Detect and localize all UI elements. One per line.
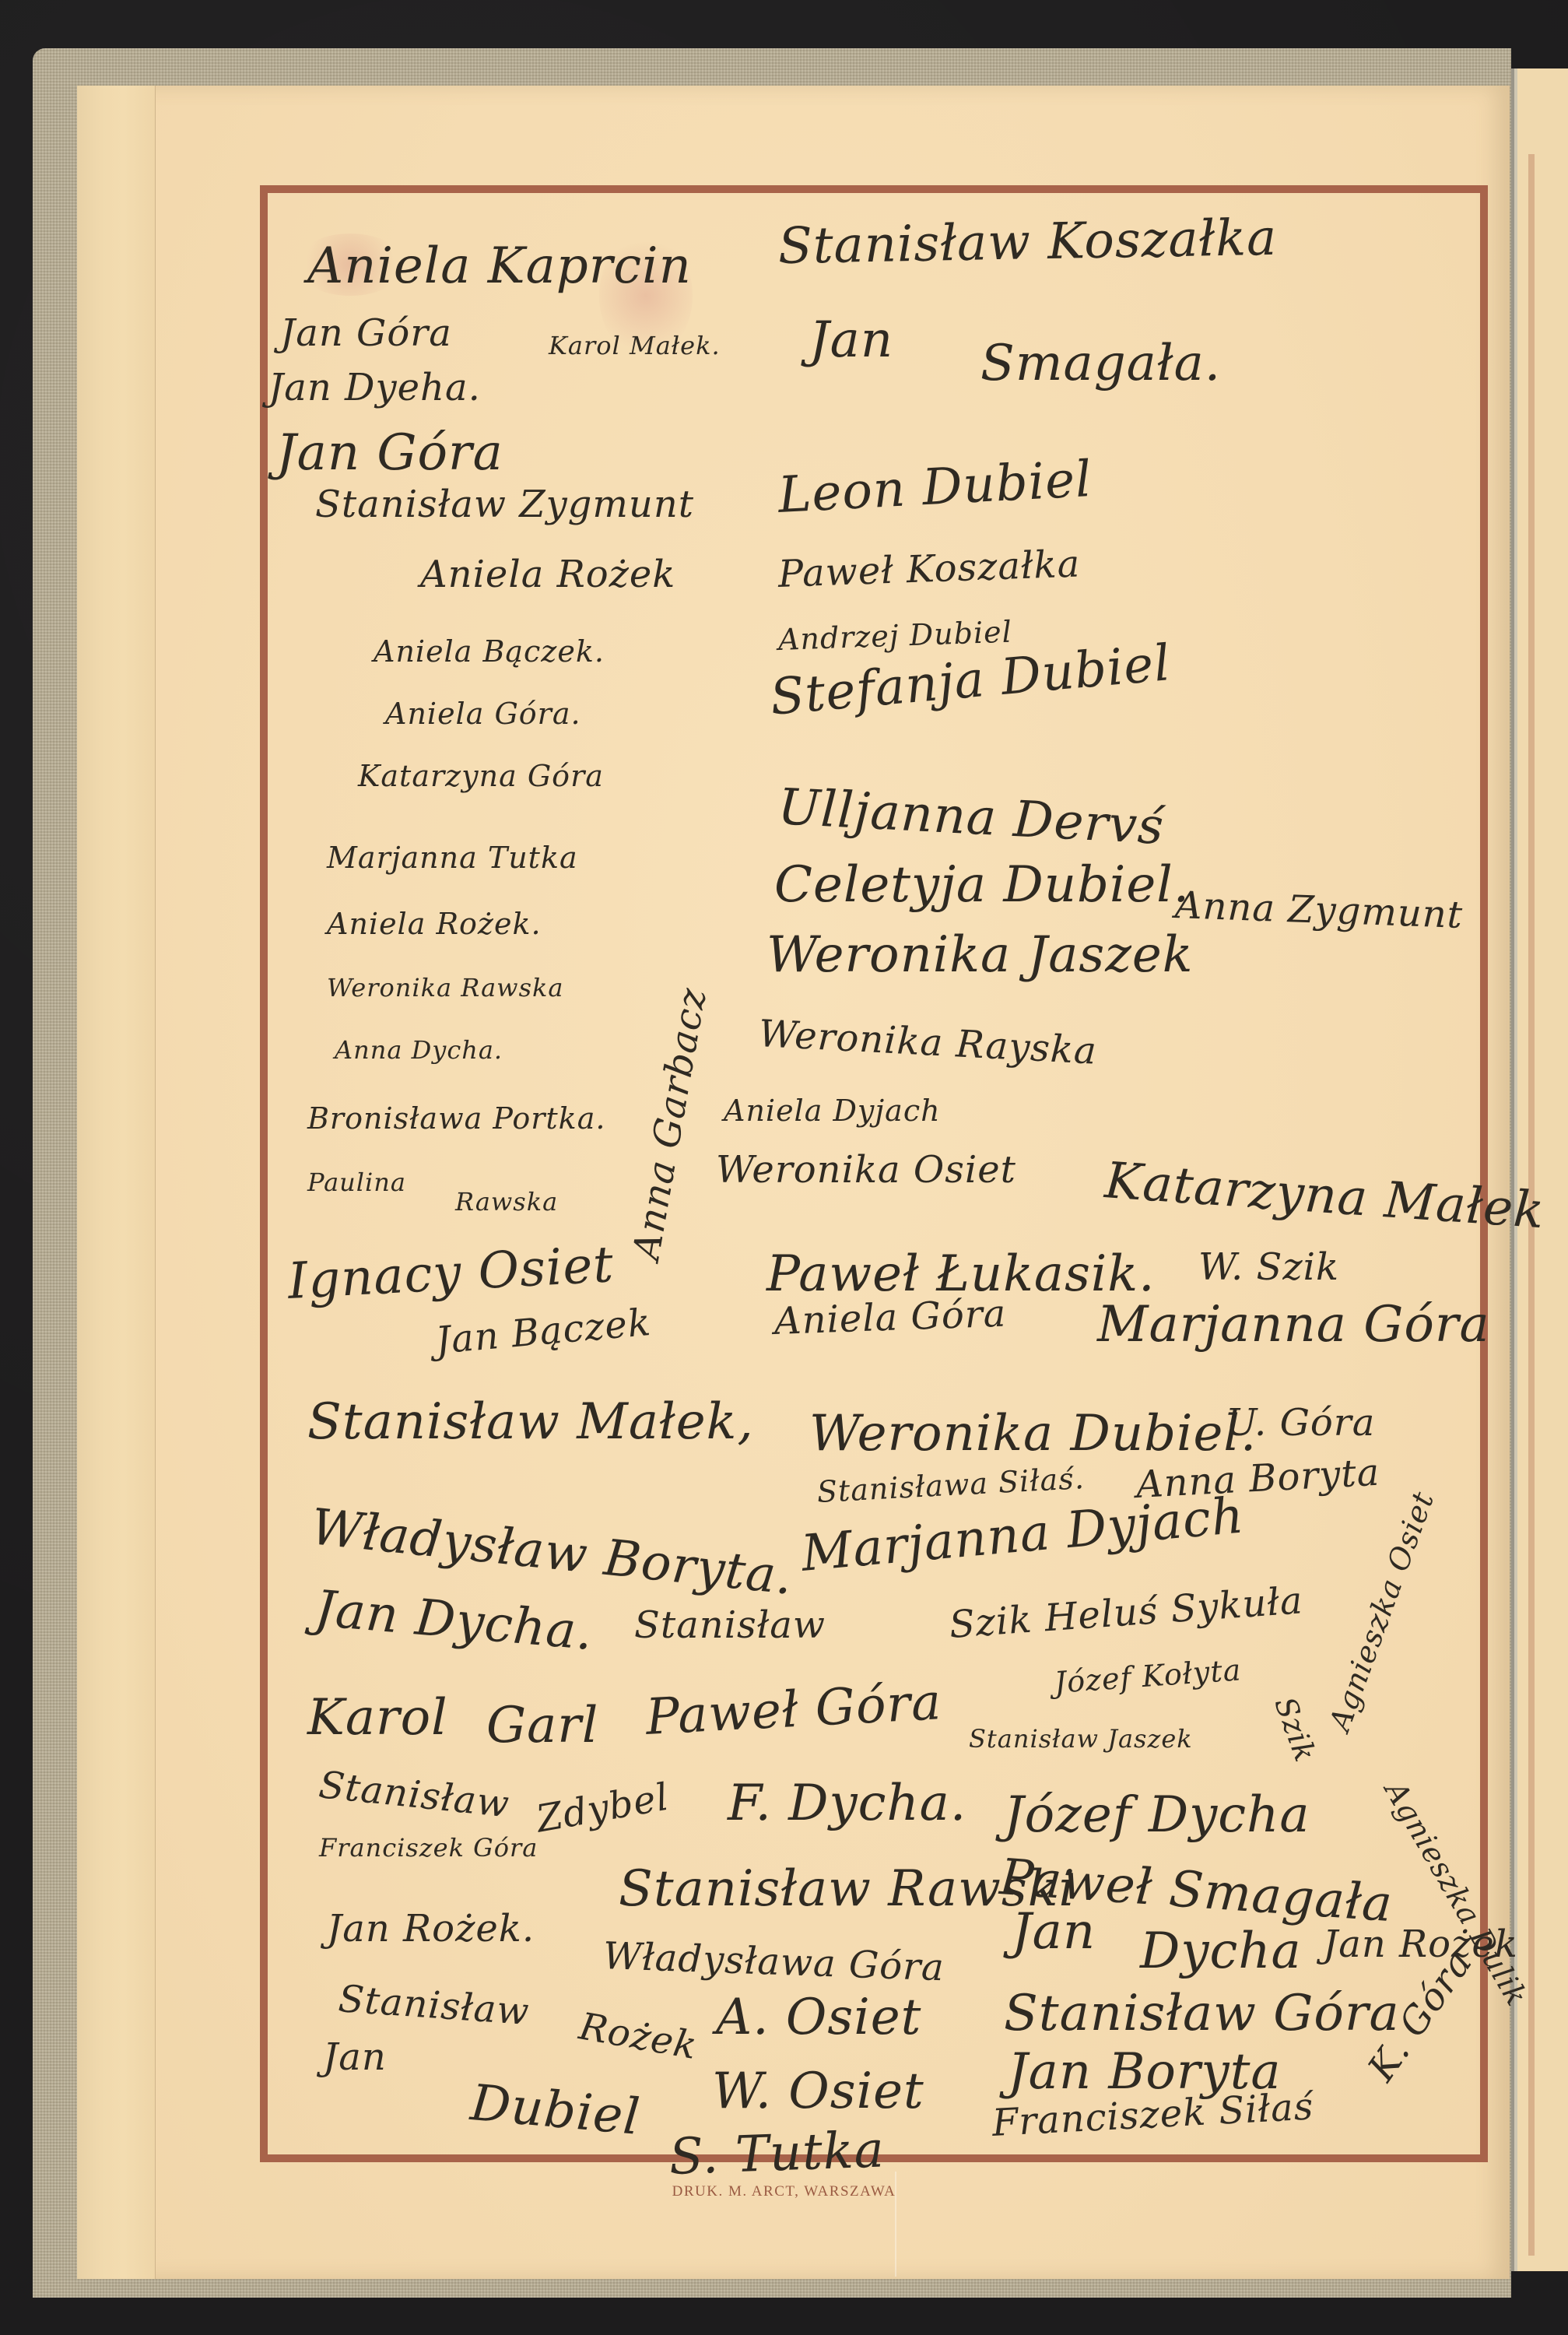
signature: F. Dycha. bbox=[728, 1775, 966, 1832]
signature: Weronika Dubiel. bbox=[809, 1405, 1257, 1462]
signature: Stanisław Zygmunt bbox=[315, 483, 694, 526]
signature: Jan bbox=[809, 311, 893, 369]
signature: Jan Rożek. bbox=[327, 1907, 535, 1951]
signature: Jan Rożek bbox=[1323, 1922, 1518, 1966]
signature: W. Szik bbox=[1198, 1245, 1339, 1289]
signature: Stanisław Jaszek bbox=[969, 1724, 1193, 1754]
signature: S. Tutka bbox=[668, 2121, 886, 2186]
signature: A. Osiet bbox=[716, 1989, 921, 2046]
signature: W. Osiet bbox=[712, 2063, 924, 2120]
signature: Jan Góra bbox=[280, 311, 452, 355]
signature: Karol Małek. bbox=[549, 331, 721, 360]
signature: Smagała. bbox=[980, 335, 1221, 392]
printer-imprint: DRUK. M. ARCT, WARSZAWA bbox=[0, 2183, 1568, 2200]
signature: Aniela Góra. bbox=[385, 697, 581, 731]
signature: Stanisław Małek, bbox=[307, 1393, 754, 1451]
signature: Marjanna Góra bbox=[1097, 1296, 1490, 1354]
signature: Stanisław Góra bbox=[1004, 1985, 1400, 2042]
signature: Aniela Kaprcin bbox=[307, 237, 692, 295]
signature: Stanisław bbox=[634, 1603, 826, 1647]
signature: Aniela Bączek. bbox=[374, 634, 605, 669]
signature: U. Góra bbox=[1226, 1401, 1375, 1445]
signature: Jan Góra bbox=[276, 424, 503, 482]
signature: Jan Dyeha. bbox=[268, 366, 481, 409]
page-edges bbox=[77, 86, 156, 2279]
signature: Marjanna Tutka bbox=[327, 841, 578, 875]
signature: Bronisława Portka. bbox=[307, 1101, 605, 1136]
signature: Weronika Osiet bbox=[716, 1148, 1016, 1192]
signature: Garl bbox=[486, 1697, 598, 1754]
signature: Katarzyna Góra bbox=[358, 759, 604, 793]
signature: Dycha bbox=[1140, 1922, 1302, 1980]
signature: Anna Dycha. bbox=[335, 1035, 503, 1065]
right-page-edge bbox=[1511, 68, 1568, 2271]
signature: Aniela Rożek. bbox=[327, 907, 542, 941]
signature: Stanisław Koszałka bbox=[777, 209, 1278, 276]
signature: Weronika Jaszek bbox=[766, 926, 1194, 984]
signature: Aniela Rożek bbox=[420, 553, 675, 596]
signature: Aniela Góra bbox=[773, 1292, 1007, 1343]
page-crease bbox=[895, 2172, 896, 2277]
signature: Celetyja Dubiel. bbox=[774, 856, 1190, 914]
signature: Jan bbox=[323, 2035, 387, 2079]
signature: Karol bbox=[307, 1689, 448, 1747]
signature: Józef Dycha bbox=[1004, 1786, 1310, 1844]
signature: Weronika Rawska bbox=[327, 973, 563, 1002]
signature: Jan bbox=[1012, 1903, 1096, 1961]
signature: Aniela Dyjach bbox=[724, 1094, 941, 1128]
signature: Rawska bbox=[455, 1187, 558, 1217]
signature: Paulina bbox=[307, 1167, 406, 1197]
signature: Franciszek Góra bbox=[319, 1833, 538, 1863]
